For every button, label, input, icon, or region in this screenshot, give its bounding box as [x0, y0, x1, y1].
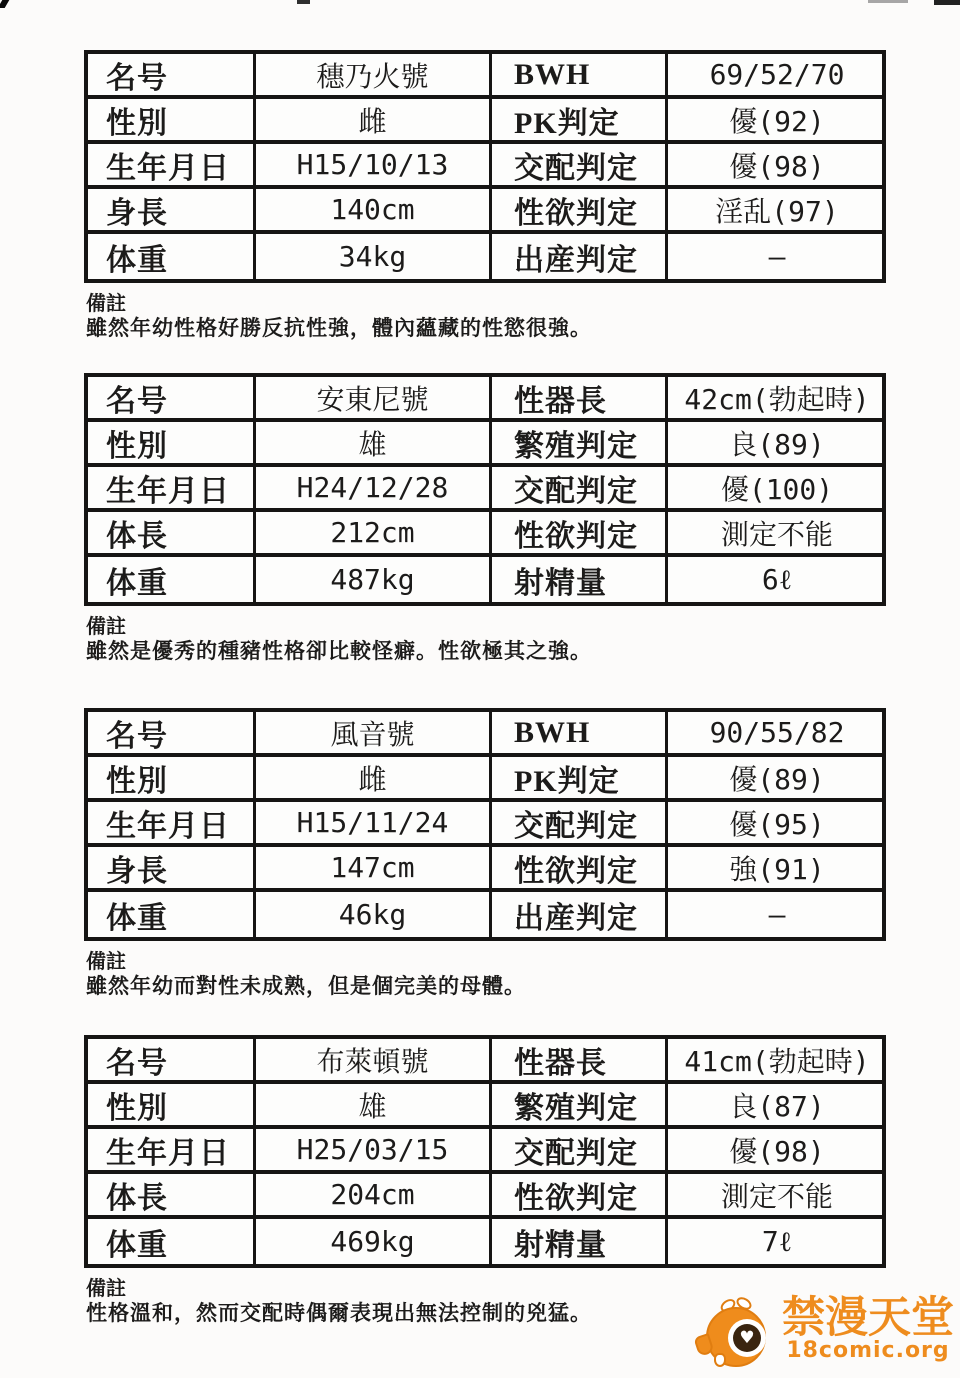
field-label: 名号 [88, 54, 256, 99]
field-value: 90/55/82 [668, 712, 886, 757]
field-label: 体重 [88, 1219, 256, 1264]
field-value: 穗乃火號 [256, 54, 492, 99]
field-value: H24/12/28 [256, 467, 492, 512]
field-value: 良(87) [668, 1084, 886, 1129]
scan-artifact [868, 0, 908, 3]
field-value: – [668, 234, 886, 279]
field-label: 体重 [88, 892, 256, 937]
field-label: 性欲判定 [492, 1174, 668, 1219]
field-value: 良(89) [668, 422, 886, 467]
field-value: 優(98) [668, 1129, 886, 1174]
note-block: 備註雖然年幼性格好勝反抗性強，體內蘊藏的性慾很強。 [84, 292, 890, 341]
field-value: 優(98) [668, 144, 886, 189]
field-value: 風音號 [256, 712, 492, 757]
field-value: 204cm [256, 1174, 492, 1219]
field-label: 性別 [88, 99, 256, 144]
field-value: 140cm [256, 189, 492, 234]
field-label: BWH [492, 712, 668, 757]
field-label: 体長 [88, 512, 256, 557]
field-label: 射精量 [492, 557, 668, 602]
field-value: 147cm [256, 847, 492, 892]
field-label: 出産判定 [492, 234, 668, 279]
mascot-eye: ♥ [728, 1319, 766, 1357]
field-label: 繁殖判定 [492, 1084, 668, 1129]
field-label: 性器長 [492, 1039, 668, 1084]
field-label: 身長 [88, 189, 256, 234]
mascot-logo-icon: ♥ [698, 1301, 772, 1373]
note-text: 雖然年幼性格好勝反抗性強，體內蘊藏的性慾很強。 [86, 315, 890, 341]
field-label: PK判定 [492, 757, 668, 802]
field-label: 性欲判定 [492, 847, 668, 892]
field-value: 強(91) [668, 847, 886, 892]
watermark-site-url: 18comic.org [782, 1339, 954, 1363]
field-value: 42cm(勃起時) [668, 377, 886, 422]
field-label: 体重 [88, 234, 256, 279]
note-label: 備註 [86, 292, 890, 315]
site-watermark: ♥ 禁漫天堂 18comic.org [698, 1293, 956, 1375]
field-label: 体重 [88, 557, 256, 602]
field-value: H15/10/13 [256, 144, 492, 189]
field-value: 測定不能 [668, 512, 886, 557]
watermark-site-name: 禁漫天堂 [782, 1295, 954, 1341]
field-value: 安東尼號 [256, 377, 492, 422]
field-value: 46kg [256, 892, 492, 937]
field-value: – [668, 892, 886, 937]
field-label: 性別 [88, 422, 256, 467]
field-label: 交配判定 [492, 1129, 668, 1174]
field-value: 優(89) [668, 757, 886, 802]
note-block: 備註雖然是優秀的種豬性格卻比較怪癖。性欲極其之強。 [84, 615, 890, 664]
field-value: 7ℓ [668, 1219, 886, 1264]
field-label: 性別 [88, 1084, 256, 1129]
note-text: 雖然是優秀的種豬性格卻比較怪癖。性欲極其之強。 [86, 638, 890, 664]
scan-artifact [0, 0, 9, 8]
field-value: 69/52/70 [668, 54, 886, 99]
profile-table: 名号風音號BWH90/55/82性別雌PK判定優(89)生年月日H15/11/2… [84, 708, 886, 941]
field-value: 469kg [256, 1219, 492, 1264]
field-value: 雌 [256, 757, 492, 802]
profile-section-3: 名号風音號BWH90/55/82性別雌PK判定優(89)生年月日H15/11/2… [84, 708, 890, 999]
field-value: 優(92) [668, 99, 886, 144]
field-value: 41cm(勃起時) [668, 1039, 886, 1084]
field-value: 淫乱(97) [668, 189, 886, 234]
profile-section-2: 名号安東尼號性器長42cm(勃起時)性別雄繁殖判定良(89)生年月日H24/12… [84, 373, 890, 664]
field-label: 交配判定 [492, 144, 668, 189]
profile-table: 名号穗乃火號BWH69/52/70性別雌PK判定優(92)生年月日H15/10/… [84, 50, 886, 283]
field-value: 優(100) [668, 467, 886, 512]
profile-table: 名号安東尼號性器長42cm(勃起時)性別雄繁殖判定良(89)生年月日H24/12… [84, 373, 886, 606]
field-label: 性別 [88, 757, 256, 802]
field-label: 性欲判定 [492, 189, 668, 234]
profile-section-4: 名号布萊頓號性器長41cm(勃起時)性別雄繁殖判定良(87)生年月日H25/03… [84, 1035, 890, 1326]
field-value: 雄 [256, 1084, 492, 1129]
field-label: 名号 [88, 1039, 256, 1084]
drop-icon [714, 1353, 726, 1367]
watermark-text: 禁漫天堂 18comic.org [782, 1295, 954, 1363]
field-value: 雄 [256, 422, 492, 467]
field-value: 6ℓ [668, 557, 886, 602]
field-value: 雌 [256, 99, 492, 144]
field-label: 体長 [88, 1174, 256, 1219]
mascot-pupil: ♥ [733, 1324, 761, 1352]
field-label: 名号 [88, 377, 256, 422]
field-label: 生年月日 [88, 467, 256, 512]
field-value: 優(95) [668, 802, 886, 847]
profile-table: 名号布萊頓號性器長41cm(勃起時)性別雄繁殖判定良(87)生年月日H25/03… [84, 1035, 886, 1268]
scan-artifact [934, 0, 960, 5]
field-label: 性器長 [492, 377, 668, 422]
field-value: 測定不能 [668, 1174, 886, 1219]
field-value: H25/03/15 [256, 1129, 492, 1174]
field-label: 生年月日 [88, 802, 256, 847]
field-label: 性欲判定 [492, 512, 668, 557]
field-value: 34kg [256, 234, 492, 279]
field-label: 生年月日 [88, 1129, 256, 1174]
heart-icon: ♥ [739, 1330, 754, 1347]
field-label: 交配判定 [492, 467, 668, 512]
field-label: 交配判定 [492, 802, 668, 847]
note-block: 備註雖然年幼而對性未成熟，但是個完美的母體。 [84, 950, 890, 999]
field-label: 繁殖判定 [492, 422, 668, 467]
field-label: 射精量 [492, 1219, 668, 1264]
field-label: 身長 [88, 847, 256, 892]
field-value: 212cm [256, 512, 492, 557]
field-label: BWH [492, 54, 668, 99]
field-value: 487kg [256, 557, 492, 602]
field-label: PK判定 [492, 99, 668, 144]
note-text: 雖然年幼而對性未成熟，但是個完美的母體。 [86, 973, 890, 999]
field-value: H15/11/24 [256, 802, 492, 847]
field-label: 名号 [88, 712, 256, 757]
field-label: 出産判定 [492, 892, 668, 937]
note-label: 備註 [86, 950, 890, 973]
field-label: 生年月日 [88, 144, 256, 189]
profile-section-1: 名号穗乃火號BWH69/52/70性別雌PK判定優(92)生年月日H15/10/… [84, 50, 890, 341]
field-value: 布萊頓號 [256, 1039, 492, 1084]
note-label: 備註 [86, 615, 890, 638]
scan-artifact [297, 0, 310, 4]
